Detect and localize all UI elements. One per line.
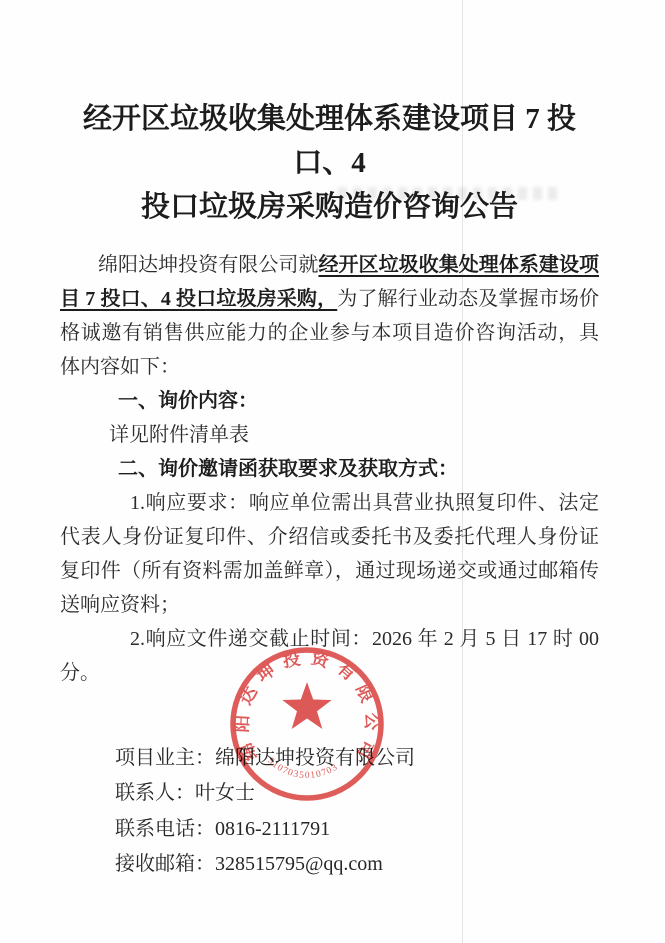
section-2-item-1: 1.响应要求：响应单位需出具营业执照复印件、法定代表人身份证复印件、介绍信或委托…: [60, 486, 599, 622]
contact-email-line: 接收邮箱：328515795@qq.com: [115, 847, 599, 882]
scanned-document-page: 经开区垃圾收集处理体系建设项目 7 投口、4 投口垃圾房采购造价咨询公告 绵阳达…: [0, 0, 665, 943]
document-title: 经开区垃圾收集处理体系建设项目 7 投口、4 投口垃圾房采购造价咨询公告: [60, 97, 599, 229]
section-2-heading: 二、询价邀请函获取要求及获取方式：: [60, 452, 599, 486]
title-line-1: 经开区垃圾收集处理体系建设项目 7 投口、4: [60, 97, 599, 185]
title-line-2: 投口垃圾房采购造价咨询公告: [60, 185, 599, 229]
contact-phone-line: 联系电话：0816-2111791: [115, 812, 599, 847]
document-content: 经开区垃圾收集处理体系建设项目 7 投口、4 投口垃圾房采购造价咨询公告 绵阳达…: [60, 0, 599, 883]
contact-person-line: 联系人：叶女士: [115, 776, 599, 811]
contact-block: 项目业主：绵阳达坤投资有限公司 联系人：叶女士 联系电话：0816-211179…: [60, 741, 599, 883]
intro-prefix: 绵阳达坤投资有限公司就: [98, 254, 318, 276]
section-1-body: 详见附件清单表: [60, 418, 599, 452]
section-1-heading: 一、询价内容：: [60, 384, 599, 418]
section-2-item-2: 2.响应文件递交截止时间：2026 年 2 月 5 日 17 时 00 分。: [60, 622, 599, 690]
contact-owner-line: 项目业主：绵阳达坤投资有限公司: [115, 741, 599, 776]
intro-paragraph: 绵阳达坤投资有限公司就经开区垃圾收集处理体系建设项目 7 投口、4 投口垃圾房采…: [60, 248, 599, 384]
